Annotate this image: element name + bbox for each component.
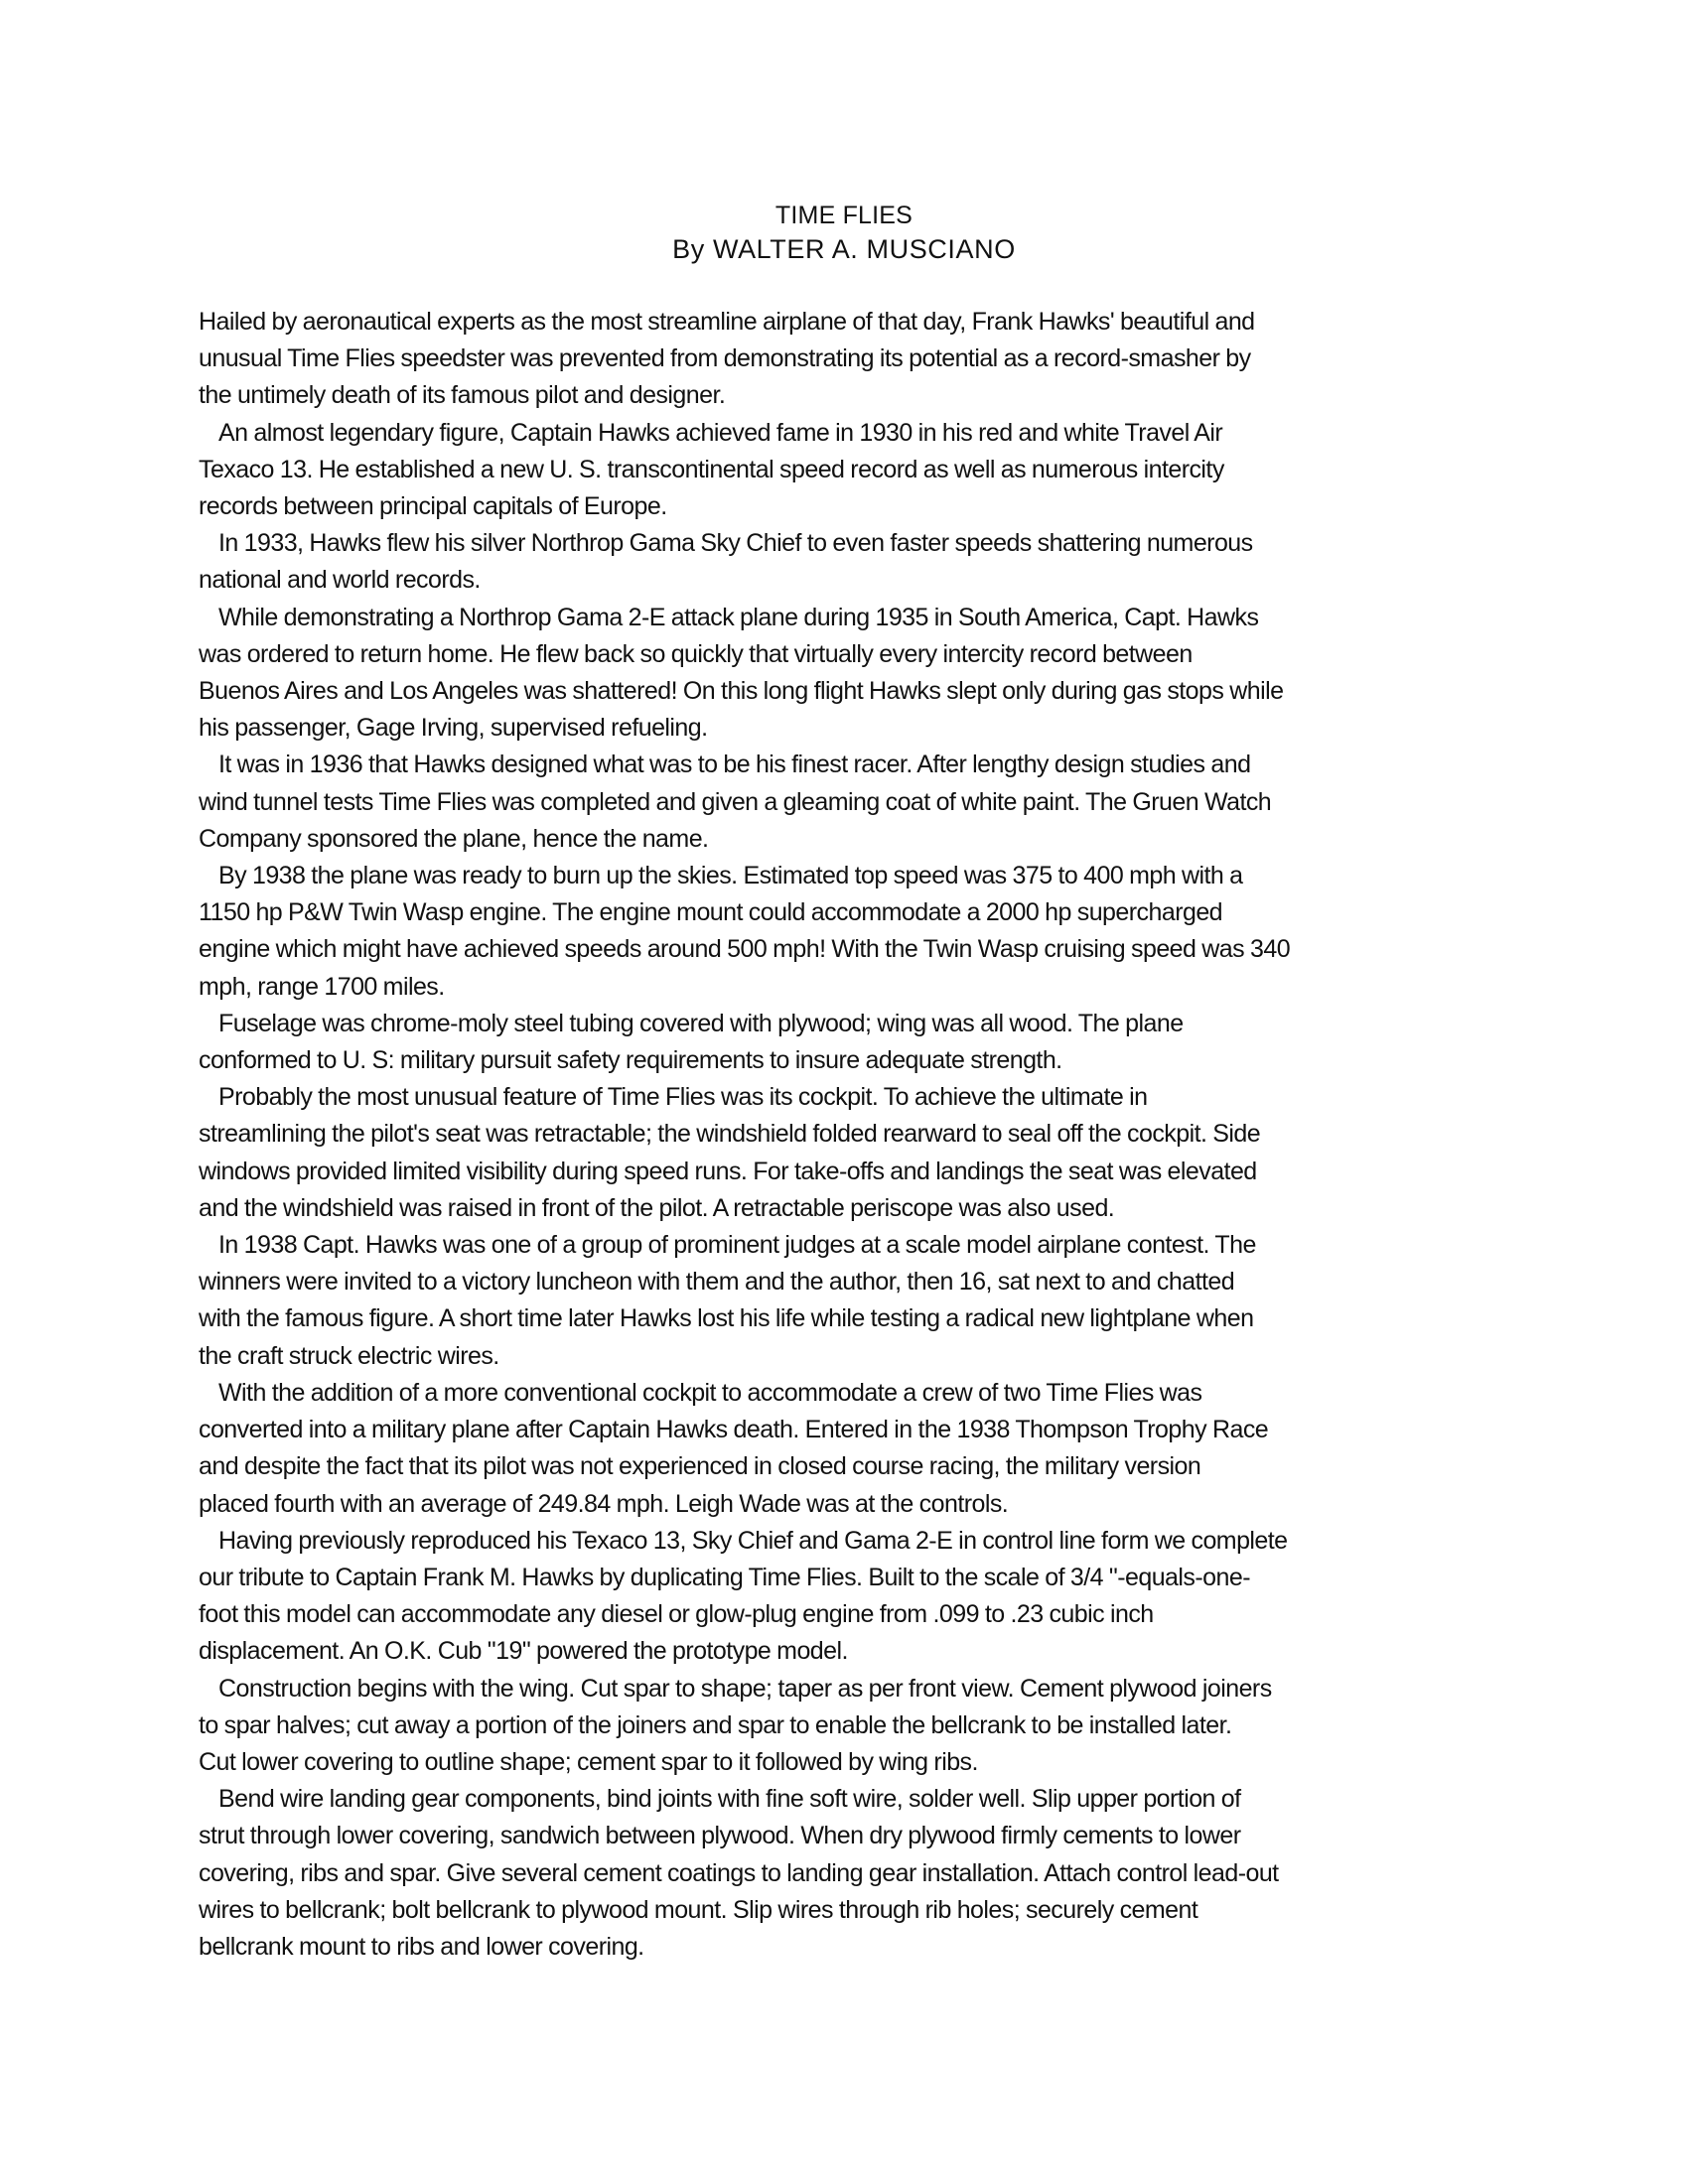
paragraph: It was in 1936 that Hawks designed what … bbox=[199, 747, 1519, 858]
title-block: TIME FLIES By WALTER A. MUSCIANO bbox=[0, 199, 1688, 266]
text-line: Probably the most unusual feature of Tim… bbox=[199, 1079, 1519, 1116]
paragraph: Construction begins with the wing. Cut s… bbox=[199, 1671, 1519, 1782]
text-line: displacement. An O.K. Cub "19" powered t… bbox=[199, 1633, 1519, 1670]
text-line: windows provided limited visibility duri… bbox=[199, 1154, 1519, 1190]
text-line: unusual Time Flies speedster was prevent… bbox=[199, 341, 1519, 377]
text-line: 1150 hp P&W Twin Wasp engine. The engine… bbox=[199, 894, 1519, 931]
text-line: with the famous figure. A short time lat… bbox=[199, 1300, 1519, 1337]
text-line: conformed to U. S: military pursuit safe… bbox=[199, 1042, 1519, 1079]
document-page: TIME FLIES By WALTER A. MUSCIANO Hailed … bbox=[0, 0, 1688, 2184]
text-line: was ordered to return home. He flew back… bbox=[199, 636, 1519, 673]
text-line: An almost legendary figure, Captain Hawk… bbox=[199, 415, 1519, 452]
text-line: our tribute to Captain Frank M. Hawks by… bbox=[199, 1560, 1519, 1596]
text-line: Company sponsored the plane, hence the n… bbox=[199, 821, 1519, 858]
paragraph: Fuselage was chrome-moly steel tubing co… bbox=[199, 1006, 1519, 1079]
text-line: wires to bellcrank; bolt bellcrank to pl… bbox=[199, 1892, 1519, 1929]
text-line: Construction begins with the wing. Cut s… bbox=[199, 1671, 1519, 1707]
text-line: Hailed by aeronautical experts as the mo… bbox=[199, 304, 1519, 341]
paragraph: With the addition of a more conventional… bbox=[199, 1375, 1519, 1523]
text-line: to spar halves; cut away a portion of th… bbox=[199, 1707, 1519, 1744]
text-line: Buenos Aires and Los Angeles was shatter… bbox=[199, 673, 1519, 710]
text-line: Fuselage was chrome-moly steel tubing co… bbox=[199, 1006, 1519, 1042]
paragraph: While demonstrating a Northrop Gama 2-E … bbox=[199, 600, 1519, 748]
text-line: and despite the fact that its pilot was … bbox=[199, 1448, 1519, 1485]
paragraph: In 1938 Capt. Hawks was one of a group o… bbox=[199, 1227, 1519, 1375]
text-line: national and world records. bbox=[199, 562, 1519, 599]
text-line: Cut lower covering to outline shape; cem… bbox=[199, 1744, 1519, 1781]
text-line: the craft struck electric wires. bbox=[199, 1338, 1519, 1375]
document-byline: By WALTER A. MUSCIANO bbox=[0, 232, 1688, 266]
text-line: While demonstrating a Northrop Gama 2-E … bbox=[199, 600, 1519, 636]
text-line: By 1938 the plane was ready to burn up t… bbox=[199, 858, 1519, 894]
paragraph: In 1933, Hawks flew his silver Northrop … bbox=[199, 525, 1519, 599]
document-title: TIME FLIES bbox=[0, 199, 1688, 232]
text-line: foot this model can accommodate any dies… bbox=[199, 1596, 1519, 1633]
text-line: streamlining the pilot's seat was retrac… bbox=[199, 1116, 1519, 1153]
text-line: In 1938 Capt. Hawks was one of a group o… bbox=[199, 1227, 1519, 1264]
paragraph: Hailed by aeronautical experts as the mo… bbox=[199, 304, 1519, 415]
text-line: the untimely death of its famous pilot a… bbox=[199, 377, 1519, 414]
text-line: With the addition of a more conventional… bbox=[199, 1375, 1519, 1412]
text-line: It was in 1936 that Hawks designed what … bbox=[199, 747, 1519, 783]
article-body: Hailed by aeronautical experts as the mo… bbox=[199, 304, 1519, 1966]
text-line: Bend wire landing gear components, bind … bbox=[199, 1781, 1519, 1818]
text-line: winners were invited to a victory lunche… bbox=[199, 1264, 1519, 1300]
text-line: Having previously reproduced his Texaco … bbox=[199, 1523, 1519, 1560]
paragraph: Having previously reproduced his Texaco … bbox=[199, 1523, 1519, 1671]
text-line: his passenger, Gage Irving, supervised r… bbox=[199, 710, 1519, 747]
paragraph: Probably the most unusual feature of Tim… bbox=[199, 1079, 1519, 1227]
text-line: covering, ribs and spar. Give several ce… bbox=[199, 1855, 1519, 1892]
text-line: and the windshield was raised in front o… bbox=[199, 1190, 1519, 1227]
paragraph: An almost legendary figure, Captain Hawk… bbox=[199, 415, 1519, 526]
text-line: converted into a military plane after Ca… bbox=[199, 1412, 1519, 1448]
text-line: strut through lower covering, sandwich b… bbox=[199, 1818, 1519, 1854]
text-line: placed fourth with an average of 249.84 … bbox=[199, 1486, 1519, 1523]
text-line: In 1933, Hawks flew his silver Northrop … bbox=[199, 525, 1519, 562]
text-line: records between principal capitals of Eu… bbox=[199, 488, 1519, 525]
text-line: wind tunnel tests Time Flies was complet… bbox=[199, 784, 1519, 821]
text-line: engine which might have achieved speeds … bbox=[199, 931, 1519, 968]
text-line: Texaco 13. He established a new U. S. tr… bbox=[199, 452, 1519, 488]
paragraph: By 1938 the plane was ready to burn up t… bbox=[199, 858, 1519, 1006]
paragraph: Bend wire landing gear components, bind … bbox=[199, 1781, 1519, 1966]
text-line: mph, range 1700 miles. bbox=[199, 969, 1519, 1006]
text-line: bellcrank mount to ribs and lower coveri… bbox=[199, 1929, 1519, 1966]
